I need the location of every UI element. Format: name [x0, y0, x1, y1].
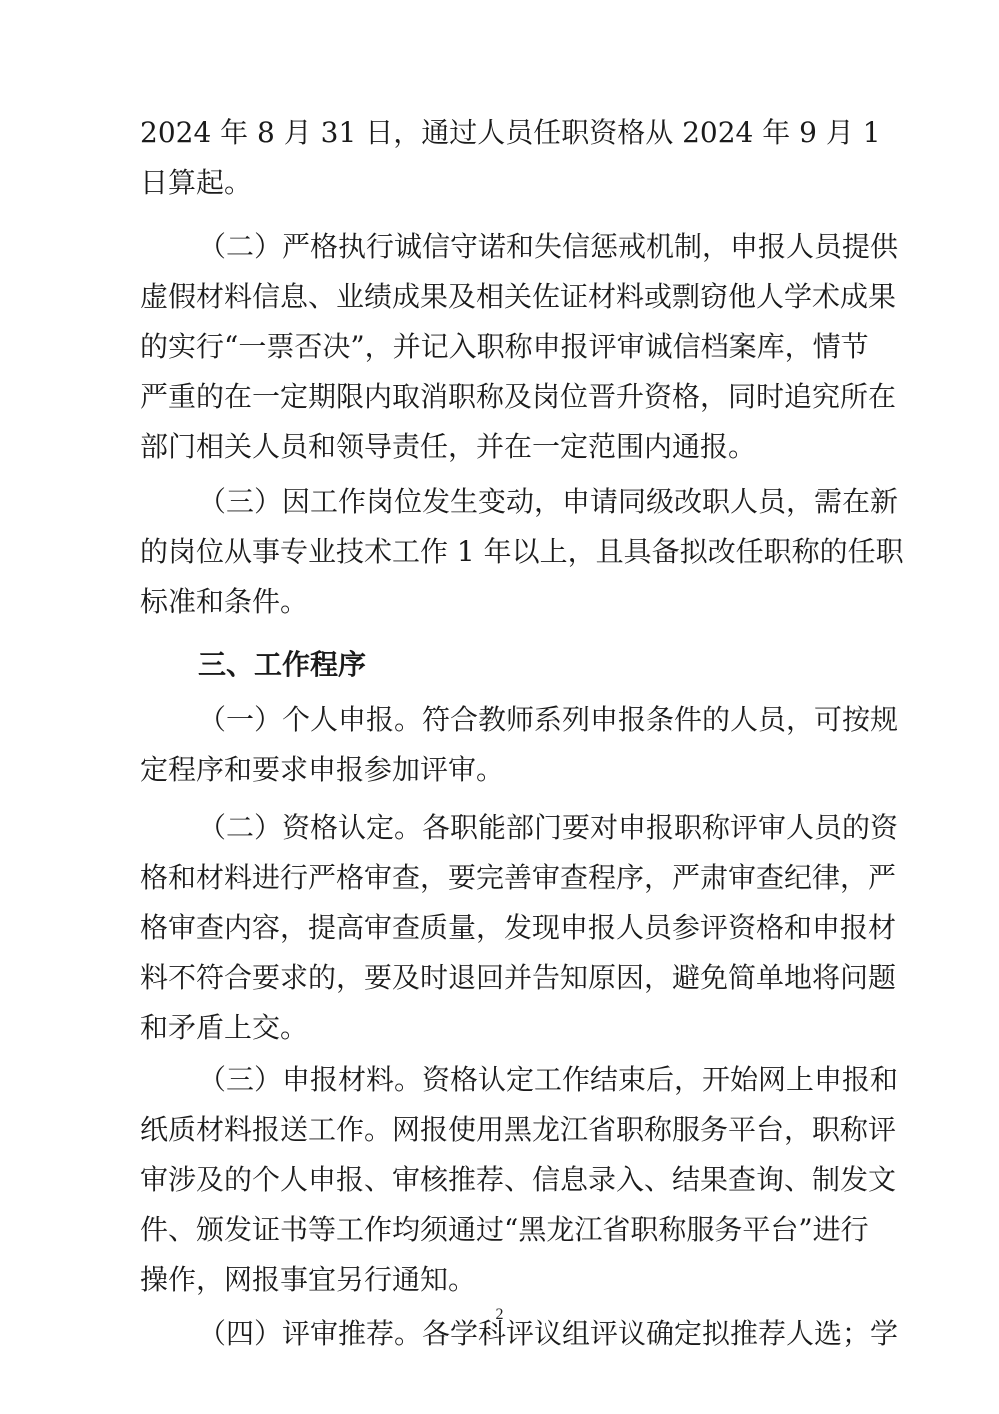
text-line: 的实行“一票否决”，并记入职称申报评审诚信档案库，情节	[140, 330, 860, 364]
text-line: 操作，网报事宜另行通知。	[140, 1263, 860, 1297]
text-line: 纸质材料报送工作。网报使用黑龙江省职称服务平台，职称评	[140, 1113, 860, 1147]
text-line: 和矛盾上交。	[140, 1011, 860, 1045]
text-line: 件、颁发证书等工作均须通过“黑龙江省职称服务平台”进行	[140, 1213, 860, 1247]
text-line: 标准和条件。	[140, 585, 860, 619]
text-line: （二）资格认定。各职能部门要对申报职称评审人员的资	[198, 811, 860, 845]
text-line: （二）严格执行诚信守诺和失信惩戒机制，申报人员提供	[198, 230, 860, 264]
text-line: 的岗位从事专业技术工作 1 年以上，且具备拟改任职称的任职	[140, 535, 860, 569]
text-line: 部门相关人员和领导责任，并在一定范围内通报。	[140, 430, 860, 464]
text-line: 格审查内容，提高审查质量，发现申报人员参评资格和申报材	[140, 911, 860, 945]
text-line: （三）申报材料。资格认定工作结束后，开始网上申报和	[198, 1063, 860, 1097]
text-line: （一）个人申报。符合教师系列申报条件的人员，可按规	[198, 703, 860, 737]
text-line: 日算起。	[140, 166, 860, 200]
text-line: 格和材料进行严格审查，要完善审查程序，严肃审查纪律，严	[140, 861, 860, 895]
text-line: 审涉及的个人申报、审核推荐、信息录入、结果查询、制发文	[140, 1163, 860, 1197]
text-line: 定程序和要求申报参加评审。	[140, 753, 860, 787]
document-page: 2024 年 8 月 31 日，通过人员任职资格从 2024 年 9 月 1日算…	[0, 0, 999, 1414]
text-line: （三）因工作岗位发生变动，申请同级改职人员，需在新	[198, 485, 860, 519]
page-number: 2	[0, 1306, 999, 1324]
text-line: 严重的在一定期限内取消职称及岗位晋升资格，同时追究所在	[140, 380, 860, 414]
text-line: 料不符合要求的，要及时退回并告知原因，避免简单地将问题	[140, 961, 860, 995]
section-heading: 三、工作程序	[198, 648, 918, 682]
text-line: 2024 年 8 月 31 日，通过人员任职资格从 2024 年 9 月 1	[140, 116, 860, 150]
text-line: 虚假材料信息、业绩成果及相关佐证材料或剽窃他人学术成果	[140, 280, 860, 314]
